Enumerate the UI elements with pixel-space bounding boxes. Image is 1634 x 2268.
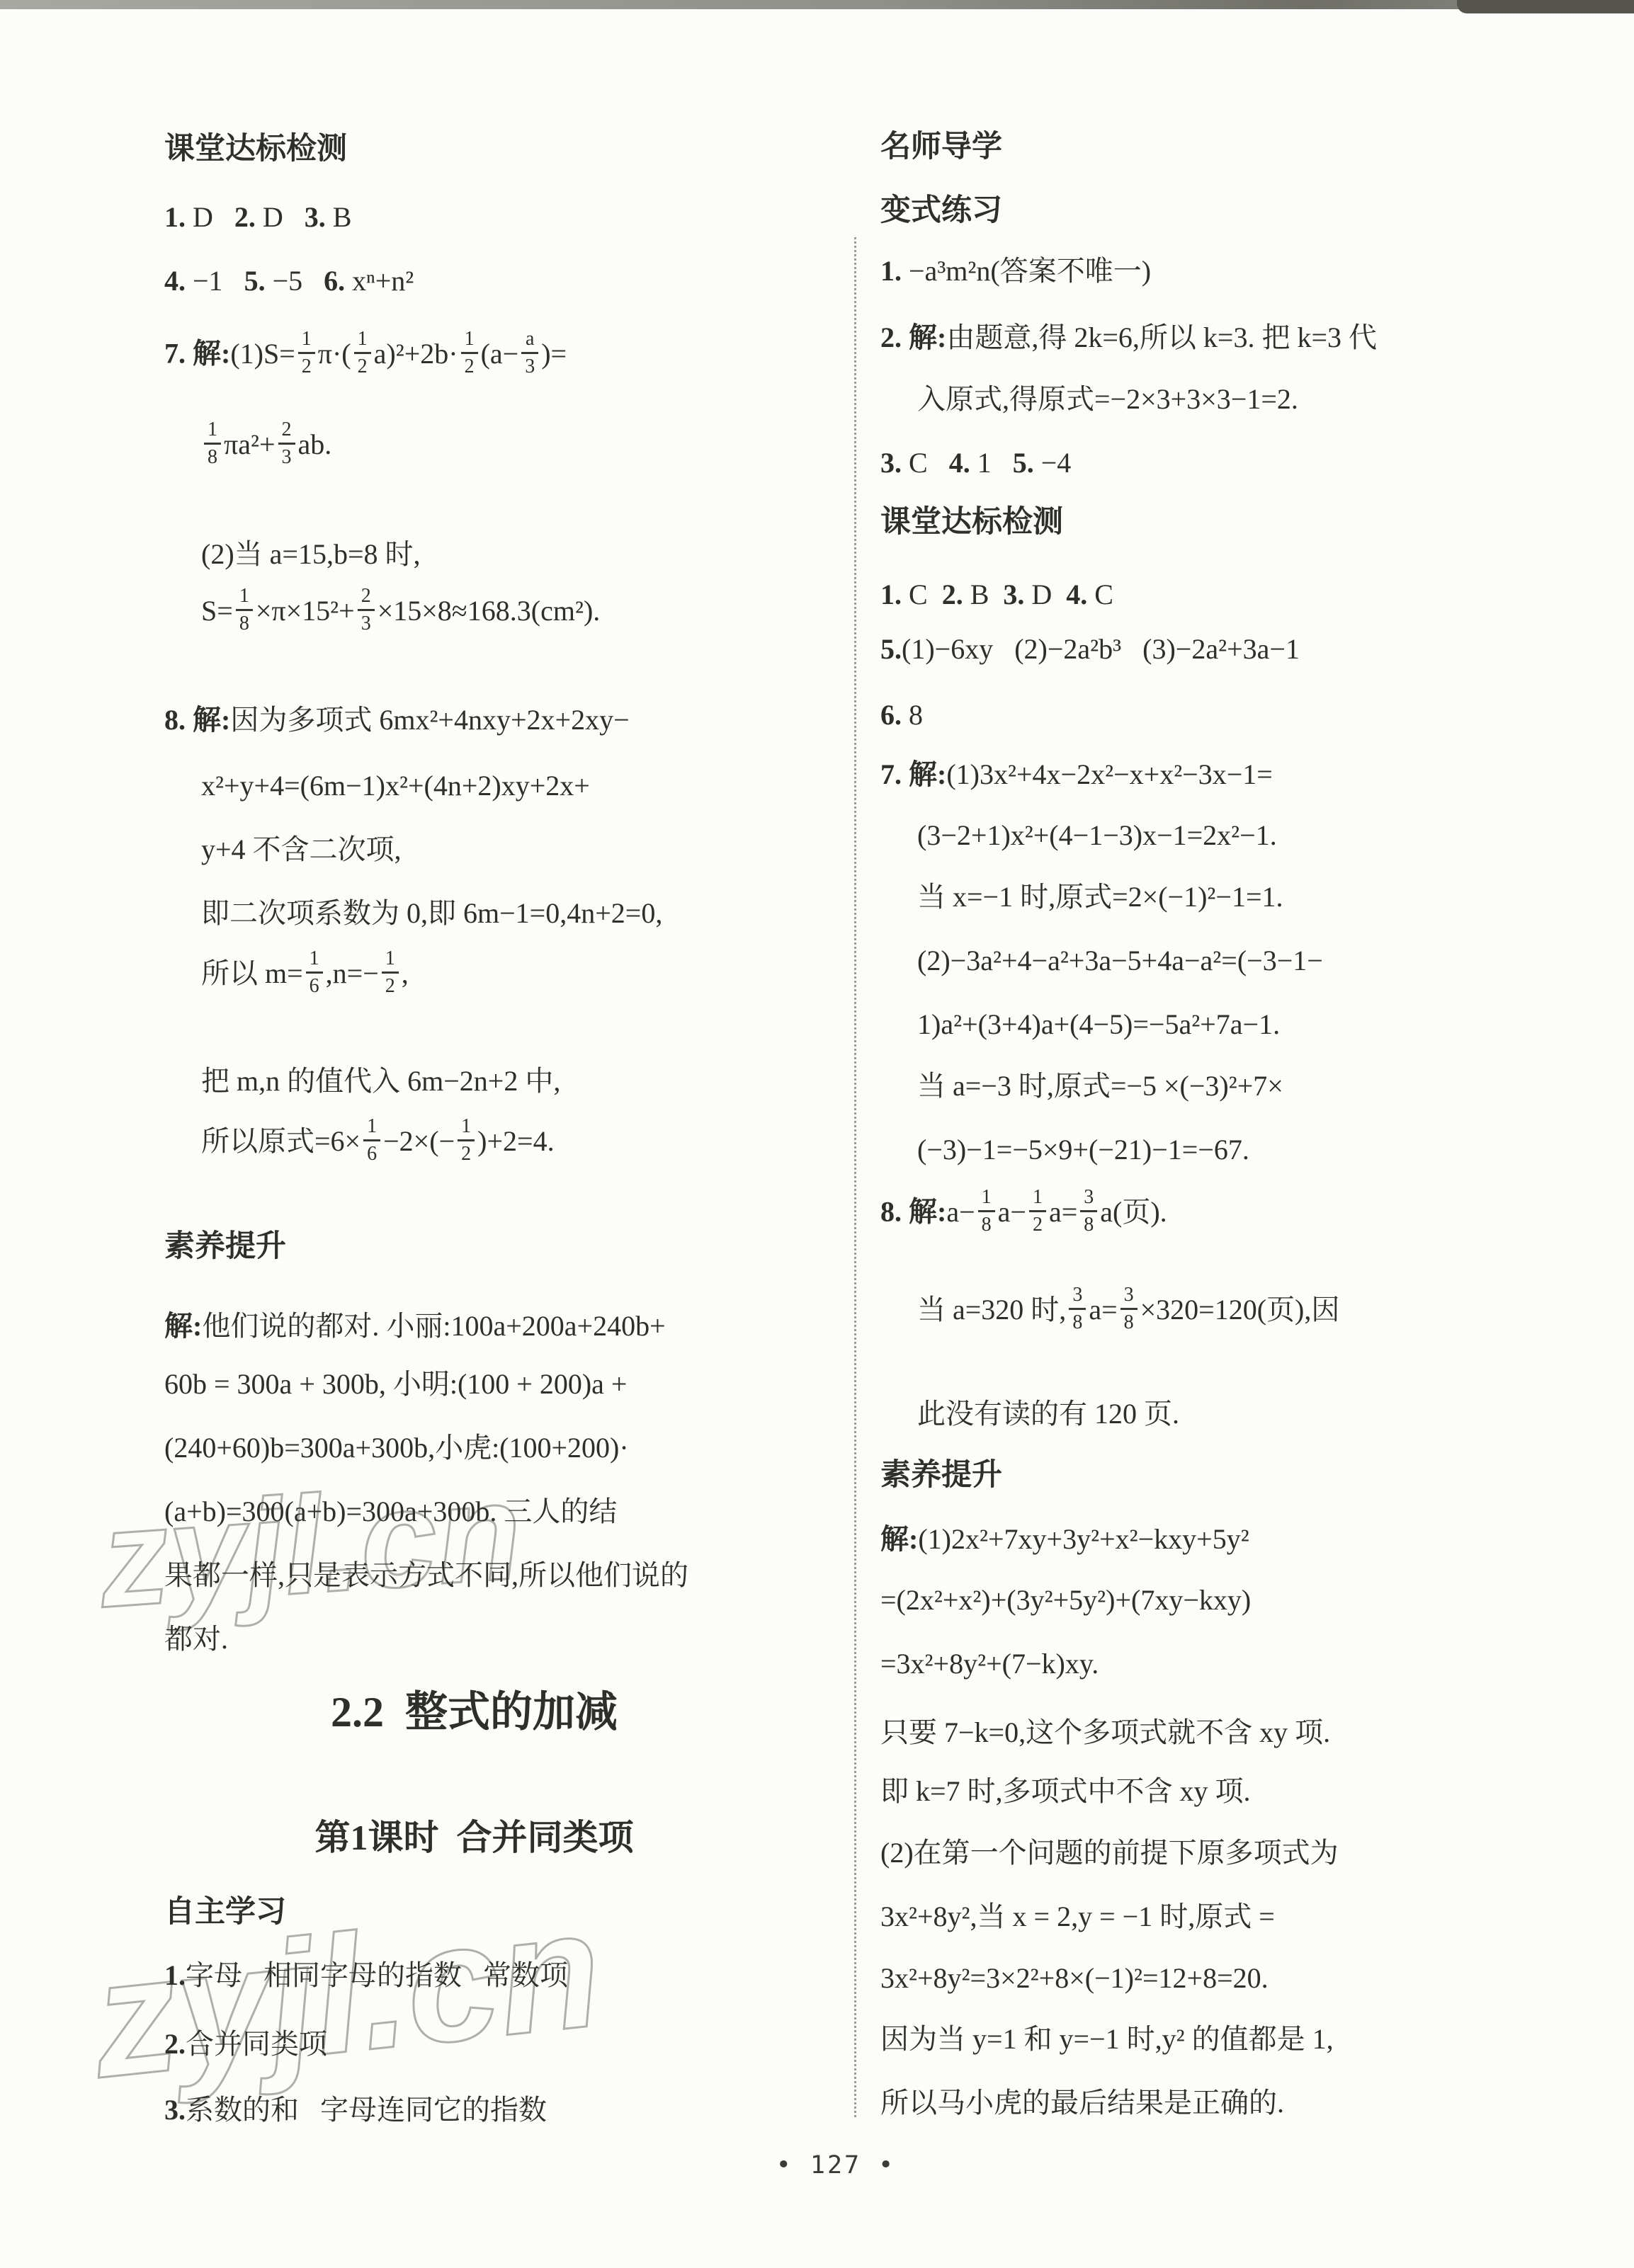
solution-line: 18πa²+23ab. bbox=[201, 423, 331, 471]
solution-line: 3x²+8y²,当 x = 2,y = −1 时,原式 = bbox=[880, 1899, 1275, 1934]
solution-line: 入原式,得原式=−2×3+3×3−1=2. bbox=[917, 382, 1298, 417]
answer-line: 1. D 2. D 3. B bbox=[164, 200, 351, 235]
solution-line: 果都一样,只是表示方式不同,所以他们说的 bbox=[164, 1558, 688, 1593]
math-text: −a³m²n(答案不唯一) bbox=[902, 255, 1151, 287]
lesson-heading: 第1课时 合并同类项 bbox=[164, 1809, 784, 1860]
item-text: 合并同类项 bbox=[186, 2028, 327, 2060]
item-number: 4. bbox=[1066, 579, 1087, 610]
item-number: 1. bbox=[164, 1959, 186, 1991]
answer-line: 4. −1 5. −5 6. xⁿ+n² bbox=[164, 263, 414, 299]
column-divider bbox=[854, 237, 856, 2117]
scan-edge-corner bbox=[1457, 0, 1634, 13]
item-number: 7. 解: bbox=[880, 758, 946, 790]
item-number: 1. bbox=[880, 255, 902, 287]
math-text: 只要 7−k=0,这个多项式就不含 xy 项. bbox=[880, 1716, 1330, 1748]
item-text: C bbox=[902, 579, 942, 610]
section-heading-literacy: 素养提升 bbox=[880, 1457, 1002, 1494]
math-text: x²+y+4=(6m−1)x²+(4n+2)xy+2x+ bbox=[201, 770, 590, 802]
math-text: 把 m,n 的值代入 6m−2n+2 中, bbox=[201, 1065, 560, 1097]
math-text: 即 k=7 时,多项式中不含 xy 项. bbox=[880, 1775, 1251, 1807]
math-text: 此没有读的有 120 页. bbox=[917, 1398, 1179, 1430]
solution-line: 即 k=7 时,多项式中不含 xy 项. bbox=[880, 1774, 1251, 1809]
math-text: 3x²+8y²=3×2²+8×(−1)²=12+8=20. bbox=[880, 1962, 1269, 1994]
item-number: 2. bbox=[234, 201, 256, 233]
page-number: • 127 • bbox=[0, 2151, 1634, 2179]
solution-line: (240+60)b=300a+300b,小虎:(100+200)· bbox=[164, 1430, 629, 1466]
answer-line: 3. C 4. 1 5. −4 bbox=[880, 445, 1071, 481]
math-text: (2)当 a=15,b=8 时, bbox=[201, 538, 421, 570]
section-heading-teacher: 名师导学 bbox=[880, 129, 1002, 166]
chapter-heading: 2.2 整式的加减 bbox=[164, 1678, 784, 1739]
math-text: 因为多项式 6mx²+4nxy+2x+2xy− bbox=[230, 704, 629, 736]
math-text: (2)在第一个问题的前提下原多项式为 bbox=[880, 1837, 1339, 1869]
solution-line: 所以 m=16,n=−12, bbox=[201, 952, 409, 1000]
answer-line: 5.(1)−6xy (2)−2a²b³ (3)−2a²+3a−1 bbox=[880, 632, 1300, 667]
solution-line: 所以马小虎的最后结果是正确的. bbox=[880, 2085, 1284, 2121]
item-number: 8. 解: bbox=[880, 1196, 946, 1228]
solution-line: 解:他们说的都对. 小丽:100a+200a+240b+ bbox=[164, 1309, 666, 1344]
solution-line: 7. 解:(1)S=12π·(12a)²+2b·12(a−a3)= bbox=[164, 333, 567, 380]
answer-line: 6. 8 bbox=[880, 697, 923, 733]
solution-line: 8. 解:因为多项式 6mx²+4nxy+2x+2xy− bbox=[164, 702, 630, 738]
item-text: xⁿ+n² bbox=[345, 265, 414, 297]
item-text: C bbox=[1087, 579, 1113, 610]
solution-line: 只要 7−k=0,这个多项式就不含 xy 项. bbox=[880, 1715, 1330, 1750]
solution-line: 因为当 y=1 和 y=−1 时,y² 的值都是 1, bbox=[880, 2022, 1334, 2057]
math-text: 3x²+8y²,当 x = 2,y = −1 时,原式 = bbox=[880, 1901, 1275, 1932]
math-text: =(2x²+x²)+(3y²+5y²)+(7xy−kxy) bbox=[880, 1584, 1251, 1616]
solution-line: (2)−3a²+4−a²+3a−5+4a−a²=(−3−1− bbox=[917, 943, 1323, 979]
solution-line: 3x²+8y²=3×2²+8×(−1)²=12+8=20. bbox=[880, 1961, 1269, 1996]
scan-edge-bar bbox=[0, 0, 1634, 9]
section-heading-classcheck: 课堂达标检测 bbox=[164, 131, 347, 168]
math-text: 所以原式=6×16−2×(−12)+2=4. bbox=[201, 1125, 555, 1157]
item-number: 6. bbox=[880, 699, 902, 731]
item-number: 7. 解: bbox=[164, 338, 230, 370]
item-text: 8 bbox=[902, 699, 923, 731]
math-text: 所以马小虎的最后结果是正确的. bbox=[880, 2087, 1284, 2119]
math-text: (1)−6xy (2)−2a²b³ (3)−2a²+3a−1 bbox=[902, 633, 1300, 665]
solution-line: 7. 解:(1)3x²+4x−2x²−x+x²−3x−1= bbox=[880, 757, 1273, 792]
math-text: (a+b)=300(a+b)=300a+300b. 三人的结 bbox=[164, 1495, 617, 1527]
math-text: 当 x=−1 时,原式=2×(−1)²−1=1. bbox=[917, 881, 1283, 913]
item-text: C bbox=[902, 447, 949, 479]
solution-line: 即二次项系数为 0,即 6m−1=0,4n+2=0, bbox=[201, 896, 662, 931]
item-number: 4. bbox=[164, 265, 186, 297]
math-text: 所以 m=16,n=−12, bbox=[201, 957, 409, 989]
item-number: 6. bbox=[324, 265, 345, 297]
math-text: a−18a−12a=38a(页). bbox=[946, 1196, 1167, 1228]
item-number: 5. bbox=[880, 633, 902, 665]
item-text: B bbox=[963, 579, 1004, 610]
item-number: 3. bbox=[164, 2094, 186, 2126]
solution-line: 2. 解:由题意,得 2k=6,所以 k=3. 把 k=3 代 bbox=[880, 320, 1377, 355]
item-text: 1 bbox=[970, 447, 1013, 479]
solution-label: 解: bbox=[880, 1523, 918, 1555]
item-number: 2. 解: bbox=[880, 321, 946, 353]
section-heading-classcheck: 课堂达标检测 bbox=[880, 504, 1063, 541]
math-text: 即二次项系数为 0,即 6m−1=0,4n+2=0, bbox=[201, 897, 662, 929]
solution-line: y+4 不含二次项, bbox=[201, 832, 402, 867]
answer-line: 1. −a³m²n(答案不唯一) bbox=[880, 253, 1151, 289]
solution-line: S=18×π×15²+23×15×8≈168.3(cm²). bbox=[201, 590, 600, 637]
solution-line: 把 m,n 的值代入 6m−2n+2 中, bbox=[201, 1064, 560, 1099]
math-text: (−3)−1=−5×9+(−21)−1=−67. bbox=[917, 1134, 1249, 1166]
answer-line: 3.系数的和 字母连同它的指数 bbox=[164, 2092, 547, 2128]
item-text: −1 bbox=[186, 265, 244, 297]
math-text: (1)S=12π·(12a)²+2b·12(a−a3)= bbox=[230, 338, 567, 370]
math-text: S=18×π×15²+23×15×8≈168.3(cm²). bbox=[201, 595, 600, 627]
item-number: 5. bbox=[244, 265, 266, 297]
item-number: 3. bbox=[305, 201, 326, 233]
solution-line: (−3)−1=−5×9+(−21)−1=−67. bbox=[917, 1132, 1249, 1168]
solution-line: =3x²+8y²+(7−k)xy. bbox=[880, 1646, 1099, 1682]
math-text: 由题意,得 2k=6,所以 k=3. 把 k=3 代 bbox=[946, 321, 1377, 353]
math-text: =3x²+8y²+(7−k)xy. bbox=[880, 1648, 1099, 1680]
solution-line: 60b = 300a + 300b, 小明:(100 + 200)a + bbox=[164, 1367, 628, 1402]
solution-label: 解: bbox=[164, 1310, 202, 1342]
solution-line: x²+y+4=(6m−1)x²+(4n+2)xy+2x+ bbox=[201, 768, 590, 804]
math-text: (3−2+1)x²+(4−1−3)x−1=2x²−1. bbox=[917, 819, 1277, 851]
item-number: 2. bbox=[942, 579, 963, 610]
item-text: 字母 相同字母的指数 常数项 bbox=[186, 1959, 568, 1991]
item-text: B bbox=[326, 201, 352, 233]
solution-line: 此没有读的有 120 页. bbox=[917, 1396, 1179, 1432]
solution-line: (3−2+1)x²+(4−1−3)x−1=2x²−1. bbox=[917, 818, 1277, 853]
solution-line: 都对. bbox=[164, 1622, 228, 1657]
math-text: 因为当 y=1 和 y=−1 时,y² 的值都是 1, bbox=[880, 2023, 1334, 2055]
math-text: (240+60)b=300a+300b,小虎:(100+200)· bbox=[164, 1432, 629, 1464]
item-number: 5. bbox=[1013, 447, 1034, 479]
math-text: 他们说的都对. 小丽:100a+200a+240b+ bbox=[202, 1310, 665, 1342]
solution-line: 当 a=−3 时,原式=−5 ×(−3)²+7× bbox=[917, 1069, 1283, 1104]
section-heading-literacy: 素养提升 bbox=[164, 1229, 286, 1265]
solution-line: (2)当 a=15,b=8 时, bbox=[201, 537, 421, 572]
math-text: 当 a=320 时,38a=38×320=120(页),因 bbox=[917, 1294, 1339, 1326]
solution-line: 8. 解:a−18a−12a=38a(页). bbox=[880, 1191, 1167, 1238]
item-number: 1. bbox=[880, 579, 902, 610]
math-text: y+4 不含二次项, bbox=[201, 833, 402, 865]
math-text: (1)3x²+4x−2x²−x+x²−3x−1= bbox=[946, 758, 1273, 790]
math-text: 都对. bbox=[164, 1623, 228, 1655]
solution-line: 当 x=−1 时,原式=2×(−1)²−1=1. bbox=[917, 879, 1283, 915]
math-text: 入原式,得原式=−2×3+3×3−1=2. bbox=[917, 383, 1298, 415]
item-text: D bbox=[1024, 579, 1066, 610]
math-text: 18πa²+23ab. bbox=[201, 428, 331, 460]
item-number: 3. bbox=[1003, 579, 1024, 610]
item-text: 系数的和 字母连同它的指数 bbox=[186, 2094, 547, 2126]
item-text: D bbox=[256, 201, 305, 233]
item-number: 8. 解: bbox=[164, 704, 230, 736]
solution-line: 解:(1)2x²+7xy+3y²+x²−kxy+5y² bbox=[880, 1522, 1249, 1557]
scanned-answer-page: zyjl.cn zyjl.cn 课堂达标检测 1. D 2. D 3. B 4.… bbox=[0, 0, 1634, 2268]
math-text: (1)2x²+7xy+3y²+x²−kxy+5y² bbox=[918, 1523, 1249, 1555]
item-number: 3. bbox=[880, 447, 902, 479]
item-number: 2. bbox=[164, 2028, 186, 2060]
item-number: 1. bbox=[164, 201, 186, 233]
math-text: (2)−3a²+4−a²+3a−5+4a−a²=(−3−1− bbox=[917, 945, 1323, 976]
solution-line: 1)a²+(3+4)a+(4−5)=−5a²+7a−1. bbox=[917, 1007, 1280, 1042]
math-text: 60b = 300a + 300b, 小明:(100 + 200)a + bbox=[164, 1368, 628, 1400]
answer-line: 2.合并同类项 bbox=[164, 2027, 327, 2062]
item-text: D bbox=[186, 201, 234, 233]
item-text: −5 bbox=[266, 265, 324, 297]
section-heading-selfstudy: 自主学习 bbox=[164, 1894, 286, 1931]
solution-line: (2)在第一个问题的前提下原多项式为 bbox=[880, 1835, 1339, 1871]
watermark: zyjl.cn bbox=[94, 1451, 526, 1639]
answer-line: 1. C 2. B 3. D 4. C bbox=[880, 577, 1113, 612]
solution-line: 当 a=320 时,38a=38×320=120(页),因 bbox=[917, 1289, 1339, 1336]
section-heading-practice: 变式练习 bbox=[880, 193, 1002, 229]
math-text: 当 a=−3 时,原式=−5 ×(−3)²+7× bbox=[917, 1070, 1283, 1102]
solution-line: 所以原式=6×16−2×(−12)+2=4. bbox=[201, 1120, 555, 1168]
item-number: 4. bbox=[949, 447, 970, 479]
math-text: 果都一样,只是表示方式不同,所以他们说的 bbox=[164, 1559, 688, 1591]
solution-line: =(2x²+x²)+(3y²+5y²)+(7xy−kxy) bbox=[880, 1583, 1251, 1618]
solution-line: (a+b)=300(a+b)=300a+300b. 三人的结 bbox=[164, 1494, 617, 1529]
item-text: −4 bbox=[1034, 447, 1072, 479]
math-text: 1)a²+(3+4)a+(4−5)=−5a²+7a−1. bbox=[917, 1008, 1280, 1040]
watermark: zyjl.cn bbox=[84, 1871, 610, 2116]
answer-line: 1.字母 相同字母的指数 常数项 bbox=[164, 1958, 568, 1993]
